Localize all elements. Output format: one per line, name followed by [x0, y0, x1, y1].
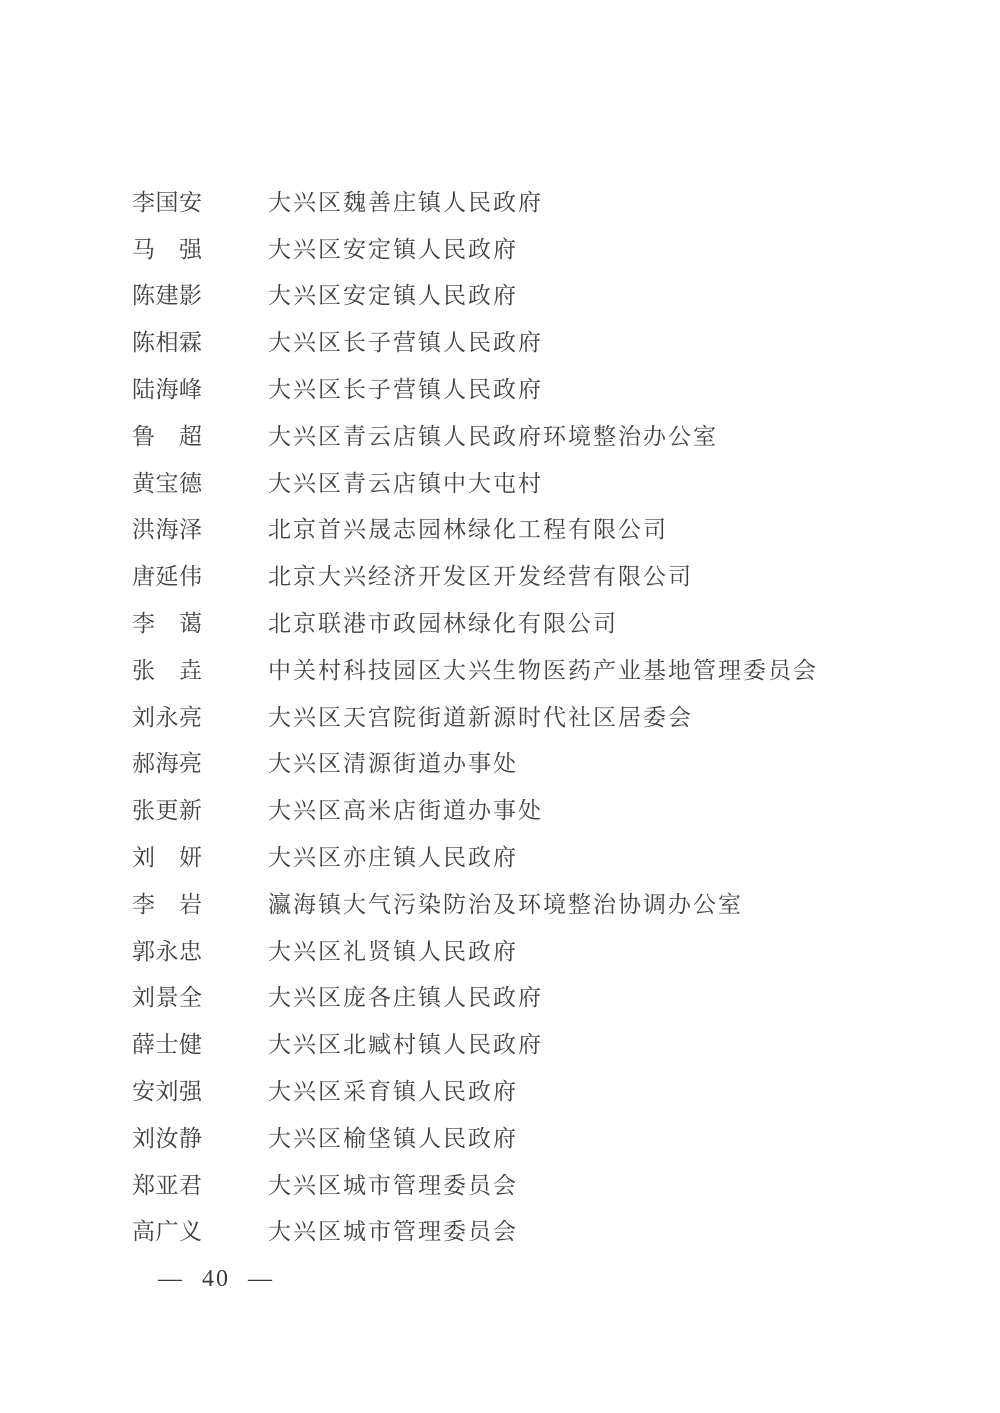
- person-name: 陆海峰: [132, 371, 206, 404]
- list-item: 李 岩 瀛海镇大气污染防治及环境整治协调办公室: [132, 879, 818, 926]
- list-item: 洪海泽 北京首兴晟志园林绿化工程有限公司: [132, 505, 818, 552]
- person-name: 陈建影: [132, 277, 206, 310]
- organization-name: 大兴区礼贤镇人民政府: [268, 933, 518, 966]
- organization-name: 中关村科技园区大兴生物医药产业基地管理委员会: [268, 652, 818, 685]
- list-item: 郝海亮 大兴区清源街道办事处: [132, 739, 818, 786]
- list-item: 刘 妍 大兴区亦庄镇人民政府: [132, 832, 818, 879]
- list-item: 薛士健 大兴区北臧村镇人民政府: [132, 1019, 818, 1066]
- page-number: — 40 —: [158, 1266, 274, 1293]
- person-name: 张更新: [132, 792, 206, 825]
- document-page: 李国安 大兴区魏善庄镇人民政府 马 强 大兴区安定镇人民政府 陈建影 大兴区安定…: [0, 0, 1000, 1413]
- person-name: 刘 妍: [132, 839, 206, 872]
- list-item: 安刘强 大兴区采育镇人民政府: [132, 1066, 818, 1113]
- organization-name: 北京联港市政园林绿化有限公司: [268, 605, 618, 638]
- organization-name: 北京大兴经济开发区开发经营有限公司: [268, 558, 693, 591]
- person-name: 刘永亮: [132, 699, 206, 732]
- person-name: 刘汝静: [132, 1120, 206, 1153]
- person-name: 鲁 超: [132, 418, 206, 451]
- organization-name: 大兴区采育镇人民政府: [268, 1073, 518, 1106]
- person-name: 黄宝德: [132, 465, 206, 498]
- person-name: 高广义: [132, 1213, 206, 1246]
- list-item: 黄宝德 大兴区青云店镇中大屯村: [132, 458, 818, 505]
- organization-name: 北京首兴晟志园林绿化工程有限公司: [268, 511, 668, 544]
- person-name: 唐延伟: [132, 558, 206, 591]
- organization-name: 大兴区长子营镇人民政府: [268, 324, 543, 357]
- person-name: 李国安: [132, 184, 206, 217]
- list-item: 刘永亮 大兴区天宫院街道新源时代社区居委会: [132, 692, 818, 739]
- list-item: 高广义 大兴区城市管理委员会: [132, 1207, 818, 1254]
- list-item: 马 强 大兴区安定镇人民政府: [132, 224, 818, 271]
- organization-name: 大兴区魏善庄镇人民政府: [268, 184, 543, 217]
- person-name: 李 岩: [132, 886, 206, 919]
- list-item: 张 垚 中关村科技园区大兴生物医药产业基地管理委员会: [132, 645, 818, 692]
- list-item: 陈相霖 大兴区长子营镇人民政府: [132, 317, 818, 364]
- list-item: 刘汝静 大兴区榆垡镇人民政府: [132, 1113, 818, 1160]
- organization-name: 大兴区城市管理委员会: [268, 1213, 518, 1246]
- person-name: 郑亚君: [132, 1167, 206, 1200]
- list-item: 郑亚君 大兴区城市管理委员会: [132, 1160, 818, 1207]
- list-item: 刘景全 大兴区庞各庄镇人民政府: [132, 973, 818, 1020]
- list-item: 鲁 超 大兴区青云店镇人民政府环境整治办公室: [132, 411, 818, 458]
- organization-name: 瀛海镇大气污染防治及环境整治协调办公室: [268, 886, 743, 919]
- person-name: 陈相霖: [132, 324, 206, 357]
- organization-name: 大兴区青云店镇中大屯村: [268, 465, 543, 498]
- organization-name: 大兴区城市管理委员会: [268, 1167, 518, 1200]
- organization-name: 大兴区亦庄镇人民政府: [268, 839, 518, 872]
- organization-name: 大兴区天宫院街道新源时代社区居委会: [268, 699, 693, 732]
- list-item: 李 蔼 北京联港市政园林绿化有限公司: [132, 598, 818, 645]
- organization-name: 大兴区北臧村镇人民政府: [268, 1026, 543, 1059]
- organization-name: 大兴区庞各庄镇人民政府: [268, 979, 543, 1012]
- person-name: 安刘强: [132, 1073, 206, 1106]
- organization-name: 大兴区高米店街道办事处: [268, 792, 543, 825]
- name-organization-list: 李国安 大兴区魏善庄镇人民政府 马 强 大兴区安定镇人民政府 陈建影 大兴区安定…: [132, 177, 818, 1253]
- person-name: 李 蔼: [132, 605, 206, 638]
- organization-name: 大兴区安定镇人民政府: [268, 231, 518, 264]
- list-item: 陈建影 大兴区安定镇人民政府: [132, 271, 818, 318]
- list-item: 唐延伟 北京大兴经济开发区开发经营有限公司: [132, 551, 818, 598]
- person-name: 刘景全: [132, 979, 206, 1012]
- organization-name: 大兴区清源街道办事处: [268, 745, 518, 778]
- organization-name: 大兴区青云店镇人民政府环境整治办公室: [268, 418, 718, 451]
- person-name: 马 强: [132, 231, 206, 264]
- list-item: 陆海峰 大兴区长子营镇人民政府: [132, 364, 818, 411]
- list-item: 张更新 大兴区高米店街道办事处: [132, 785, 818, 832]
- person-name: 洪海泽: [132, 511, 206, 544]
- person-name: 郝海亮: [132, 745, 206, 778]
- list-item: 李国安 大兴区魏善庄镇人民政府: [132, 177, 818, 224]
- organization-name: 大兴区榆垡镇人民政府: [268, 1120, 518, 1153]
- person-name: 张 垚: [132, 652, 206, 685]
- person-name: 郭永忠: [132, 933, 206, 966]
- organization-name: 大兴区安定镇人民政府: [268, 277, 518, 310]
- list-item: 郭永忠 大兴区礼贤镇人民政府: [132, 926, 818, 973]
- person-name: 薛士健: [132, 1026, 206, 1059]
- organization-name: 大兴区长子营镇人民政府: [268, 371, 543, 404]
